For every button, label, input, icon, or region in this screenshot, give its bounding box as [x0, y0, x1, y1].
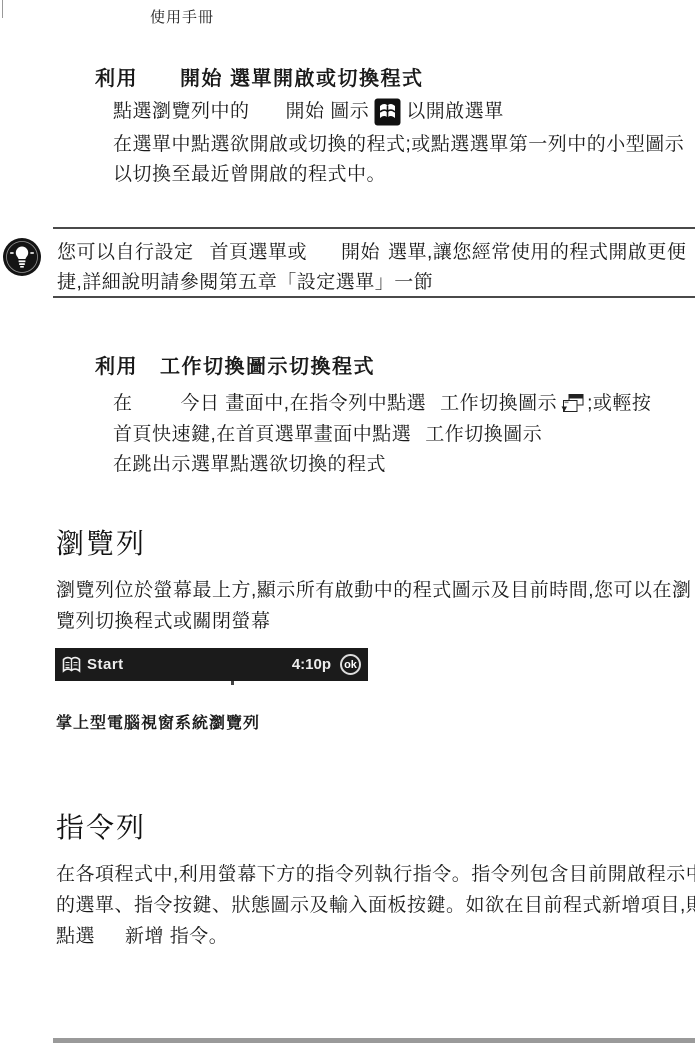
text-run: 新增 指令。	[125, 922, 228, 952]
text-run: 您可以自行設定	[57, 238, 194, 268]
paragraph-line: 覽列切換程式或關閉螢幕	[56, 607, 271, 637]
paragraph-line: 的選單、指令按鍵、狀態圖示及輸入面板按鍵。如欲在目前程式新增項目,則	[56, 891, 695, 921]
manual-page: 使用手冊 利用 開始 選單開啟或切換程式 點選瀏覽列中的 開始 圖示 以開啟選單…	[0, 0, 695, 1045]
taskbar-shadow-tick	[231, 681, 234, 685]
section-heading-start-menu: 利用 開始 選單開啟或切換程式	[95, 62, 424, 91]
start-flag-icon	[374, 97, 401, 127]
heading-word: 利用	[95, 62, 138, 91]
paragraph-line: 在選單中點選欲開啟或切換的程式;或點選選單第一列中的小型圖示	[113, 130, 684, 160]
start-flag-icon	[59, 652, 84, 678]
paragraph-line: 首頁快速鍵,在首頁選單畫面中點選 工作切換圖示	[113, 420, 542, 450]
section-heading-task-switch: 利用 工作切換圖示切換程式	[95, 350, 375, 379]
text-gap	[380, 253, 388, 254]
text-run: 以開啟選單	[406, 97, 504, 127]
text-run: 開始	[341, 238, 380, 268]
paragraph-line: 點選 新增 指令。	[56, 922, 228, 952]
text-run: 選單,讓您經常使用的程式開啟更便	[388, 238, 686, 268]
paragraph-line: 在 今日 畫面中,在指令列中點選 工作切換圖示 ;或輕按	[113, 388, 651, 420]
paragraph-line: 在跳出示選單點選欲切換的程式	[113, 450, 386, 480]
note-rule-top	[53, 227, 695, 229]
text-run: 點選瀏覽列中的	[113, 97, 250, 127]
text-run: 今日 畫面中,在指令列中點選	[181, 389, 427, 419]
text-run: 在	[113, 389, 133, 419]
page-header: 使用手冊	[150, 6, 214, 27]
ok-button: ok	[340, 654, 361, 675]
section-title-command-bar: 指令列	[56, 806, 146, 846]
taskbar-clock: 4:10p	[292, 656, 331, 673]
text-gap	[411, 435, 425, 436]
text-run: 點選	[56, 922, 95, 952]
heading-gap	[138, 364, 160, 365]
heading-gap	[138, 76, 180, 77]
text-run: 工作切換圖示	[425, 420, 542, 450]
heading-rest: 開始 選單開啟或切換程式	[180, 62, 424, 91]
paragraph-line: 在各項程式中,利用螢幕下方的指令列執行指令。指令列包含目前開啟程示中	[56, 860, 695, 890]
text-run: ;或輕按	[587, 389, 651, 419]
text-run: 首頁選單或	[210, 238, 308, 268]
note-line: 捷,詳細說明請參閱第五章「設定選單」一節	[57, 268, 433, 298]
text-gap	[250, 112, 286, 113]
paragraph-line: 點選瀏覽列中的 開始 圖示 以開啟選單	[113, 96, 504, 128]
text-gap	[426, 404, 440, 405]
lightbulb-tip-icon	[2, 237, 42, 277]
heading-word: 利用	[95, 350, 138, 379]
figure-caption: 掌上型電腦視窗系統瀏覽列	[56, 710, 260, 733]
text-gap	[133, 404, 181, 405]
text-gap	[307, 253, 341, 254]
taskbar-screenshot: Start 4:10p ok	[55, 648, 368, 681]
text-gap	[95, 937, 125, 938]
paragraph-line: 瀏覽列位於螢幕最上方,顯示所有啟動中的程式圖示及目前時間,您可以在瀏	[56, 576, 692, 606]
text-gap	[194, 253, 210, 254]
footer-rule	[53, 1038, 695, 1043]
text-run: 開始 圖示	[286, 97, 370, 127]
heading-rest: 工作切換圖示切換程式	[160, 350, 375, 379]
note-line: 您可以自行設定 首頁選單或 開始 選單,讓您經常使用的程式開啟更便	[57, 238, 686, 268]
text-run: 首頁快速鍵,在首頁選單畫面中點選	[113, 420, 411, 450]
section-title-nav-bar: 瀏覽列	[56, 522, 146, 562]
text-run: 工作切換圖示	[440, 389, 557, 419]
task-switch-icon	[561, 394, 584, 414]
taskbar-start-label: Start	[87, 656, 124, 673]
paragraph-line: 以切換至最近曾開啟的程式中。	[113, 160, 386, 190]
page-edge-mark	[2, 0, 3, 18]
note-rule-bottom	[53, 296, 695, 298]
